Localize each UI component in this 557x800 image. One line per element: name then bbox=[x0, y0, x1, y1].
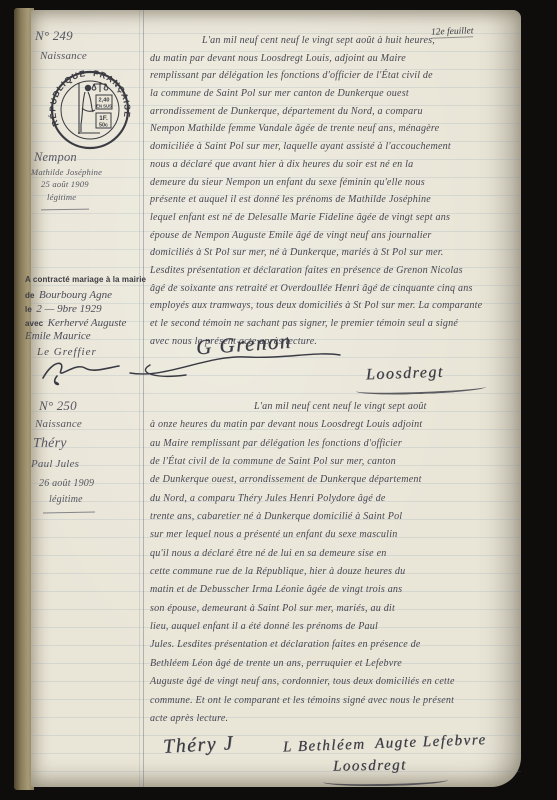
act2-status: légitime bbox=[49, 494, 83, 505]
act1-line: du matin par devant nous Loosdregt Louis… bbox=[150, 50, 522, 68]
act1-line: lequel enfant est né de Delesalle Marie … bbox=[150, 209, 522, 227]
act1-line: nous a déclaré que avant hier à dix heur… bbox=[150, 156, 522, 174]
register-page: 12e feuillet N° 249 Naissance RÉPUBLIQUE… bbox=[31, 10, 521, 787]
act2-margin-underline bbox=[43, 512, 95, 514]
act1-status: légitime bbox=[47, 192, 76, 202]
signature-grenon-flourish bbox=[126, 345, 346, 379]
act1-line: âgé de soixante ans retraité et Overdoul… bbox=[150, 280, 522, 298]
act2-line: du Nord, a comparu Théry Jules Henri Pol… bbox=[150, 490, 522, 508]
act1-line: demeure du sieur Nempon un enfant du sex… bbox=[150, 174, 522, 192]
act2-surname: Théry bbox=[33, 436, 67, 452]
svg-text:EN SUS: EN SUS bbox=[96, 104, 112, 109]
act2-line: matin et de Debusscher Irma Léonie âgée … bbox=[150, 581, 522, 599]
act1-line: Nempon Mathilde femme Vandale âgée de tr… bbox=[150, 120, 522, 138]
act2-line: de l'État civil de la commune de Saint P… bbox=[150, 453, 522, 471]
act1-line: la commune de Saint Pol sur mer canton d… bbox=[150, 85, 522, 103]
act2-line: de Dunkerque ouest, arrondissement de Du… bbox=[150, 471, 522, 489]
act2-line: Auguste âgé de vingt neuf ans, cordonnie… bbox=[150, 673, 522, 691]
act1-line: arrondissement de Dunkerque, département… bbox=[150, 103, 522, 121]
act1-line: L'an mil neuf cent neuf le vingt sept ao… bbox=[150, 32, 522, 50]
act2-line: Bethléem Léon âgé de trente un ans, perr… bbox=[150, 655, 522, 673]
act2-type: Naissance bbox=[35, 418, 82, 430]
act1-line: domiciliés à St Pol sur mer, né à Dunker… bbox=[150, 244, 522, 262]
act2-line: L'an mil neuf cent neuf le vingt sept ao… bbox=[150, 398, 522, 416]
act2-number: N° 250 bbox=[39, 398, 77, 414]
act1-margin-underline bbox=[41, 209, 89, 211]
svg-text:FRANÇAISE: FRANÇAISE bbox=[93, 68, 132, 119]
act2-line: lieu, auquel enfant il a été donné les p… bbox=[150, 618, 522, 636]
act2-line: trente ans, cabaretier né à Dunkerque do… bbox=[150, 508, 522, 526]
act1-text: L'an mil neuf cent neuf le vingt sept ao… bbox=[150, 32, 522, 350]
act2-line: cette commune rue de la République, hier… bbox=[150, 563, 522, 581]
signature-thery: Théry J bbox=[162, 732, 234, 759]
act2-text: L'an mil neuf cent neuf le vingt sept ao… bbox=[150, 398, 522, 728]
act1-line: remplissant par délégation les fonctions… bbox=[150, 67, 522, 85]
act2-line: acte après lecture. bbox=[150, 710, 522, 728]
act1-date: 25 août 1909 bbox=[41, 179, 89, 189]
act1-firstnames: Mathilde Joséphine bbox=[31, 167, 102, 177]
act2-line: Jules. Lesdites présentation et déclarat… bbox=[150, 636, 522, 654]
act1-number: N° 249 bbox=[35, 28, 73, 44]
act1-type: Naissance bbox=[40, 50, 87, 62]
act2-line: au Maire remplissant par délégation les … bbox=[150, 435, 522, 453]
act1-line: épouse de Nempon Auguste Emile âgé de vi… bbox=[150, 227, 522, 245]
signature-bethleem: L Bethléem bbox=[283, 737, 366, 757]
act2-line: son épouse, demeurant à Saint Pol sur me… bbox=[150, 600, 522, 618]
signature-lefebvre: Augte Lefebvre bbox=[375, 732, 487, 753]
signature-loosdregt-act2: Loosdregt bbox=[333, 757, 407, 775]
act1-line: présente et auquel il est donné les prén… bbox=[150, 191, 522, 209]
act1-surname: Nempon bbox=[34, 150, 77, 165]
act1-line: employés aux tramways, tous deux domicil… bbox=[150, 297, 522, 315]
act2-date: 26 août 1909 bbox=[39, 478, 94, 489]
scanned-register-photo: { "folio_note": "12e feuillet", "stamp":… bbox=[0, 0, 557, 800]
act1-line: et le second témoin ne sachant pas signe… bbox=[150, 315, 522, 333]
revenue-stamp-icon: RÉPUBLIQUE FRANÇAISE 2,40 EN SUS 1F. 50c bbox=[48, 68, 132, 152]
svg-text:1F.: 1F. bbox=[99, 115, 108, 122]
act2-line: commune. Et ont le comparant et les témo… bbox=[150, 692, 522, 710]
svg-text:50c: 50c bbox=[99, 123, 108, 129]
clerk-signature bbox=[35, 356, 125, 388]
signature-loosdregt-act2-flourish bbox=[323, 775, 448, 787]
act1-line: domiciliée à Saint Pol sur mer, laquelle… bbox=[150, 138, 522, 156]
act2-line: qu'il nous a déclaré être né de lui en s… bbox=[150, 545, 522, 563]
margin-rule-inner bbox=[139, 10, 140, 787]
act2-line: à onze heures du matin par devant nous L… bbox=[150, 416, 522, 434]
margin-rule bbox=[143, 10, 144, 787]
signature-loosdregt-act1: Loosdregt bbox=[366, 364, 444, 385]
act2-firstnames: Paul Jules bbox=[31, 458, 79, 470]
act1-line: Lesdites présentation et déclaration fai… bbox=[150, 262, 522, 280]
act2-line: sur mer lequel nous a présenté un enfant… bbox=[150, 526, 522, 544]
